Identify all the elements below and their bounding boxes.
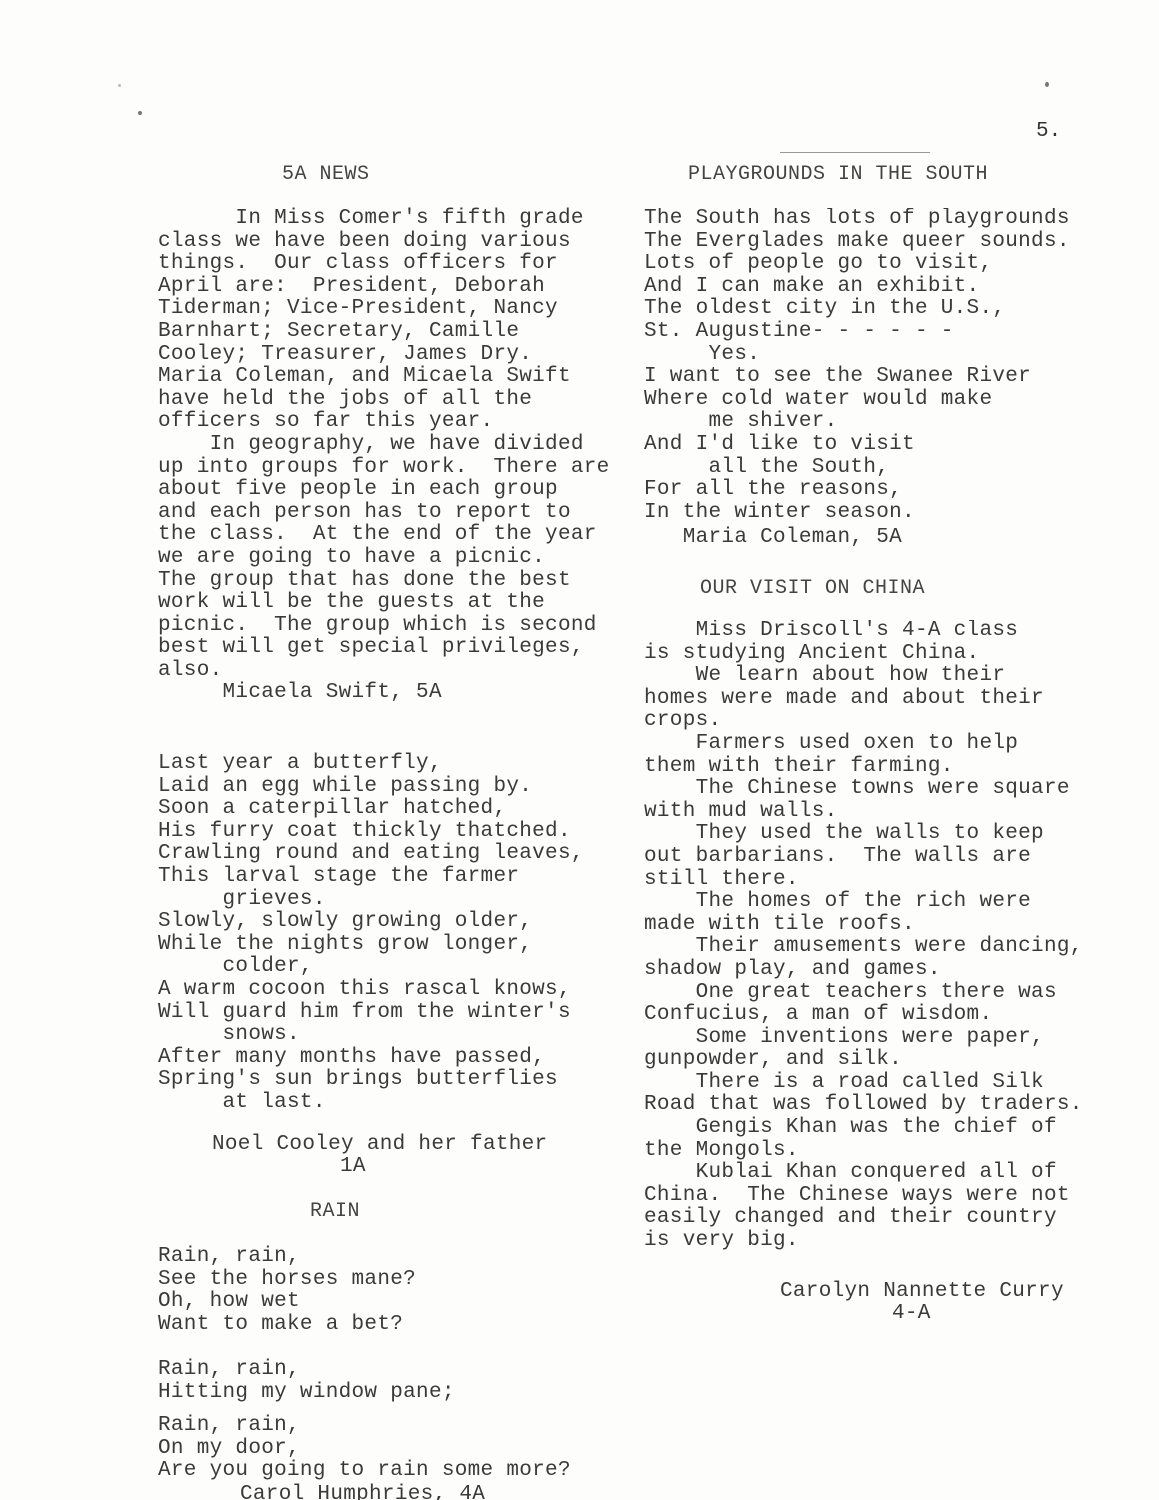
text-line: In Miss Comer's fifth grade	[158, 208, 638, 231]
text-line: best will get special privileges,	[158, 637, 638, 660]
scan-speck	[118, 84, 121, 87]
text-line: all the South,	[644, 457, 1159, 480]
text-line: crops.	[644, 710, 1159, 733]
playgrounds-poem: The South has lots of playgroundsThe Eve…	[644, 208, 1159, 528]
text-line: Last year a butterfly,	[158, 753, 638, 776]
text-line: In the winter season.	[644, 502, 1159, 525]
text-line: still there.	[644, 869, 1159, 892]
text-line: The Everglades make queer sounds.	[644, 231, 1159, 254]
rain-stanza-3: Rain, rain,On my door,Are you going to r…	[158, 1415, 638, 1483]
text-line: And I can make an exhibit.	[644, 276, 1159, 299]
text-line: Kublai Khan conquered all of	[644, 1162, 1159, 1185]
text-line: St. Augustine- - - - - -	[644, 321, 1159, 344]
byline: Micaela Swift, 5A	[158, 682, 638, 705]
text-line: Gengis Khan was the chief of	[644, 1117, 1159, 1140]
text-line: A warm cocoon this rascal knows,	[158, 979, 638, 1002]
text-line: In geography, we have divided	[158, 434, 638, 457]
text-line: Slowly, slowly growing older,	[158, 911, 638, 934]
text-line: Are you going to rain some more?	[158, 1460, 638, 1483]
text-line: The South has lots of playgrounds	[644, 208, 1159, 231]
text-line: Maria Coleman, and Micaela Swift	[158, 366, 638, 389]
butterfly-poem: Last year a butterfly,Laid an egg while …	[158, 753, 638, 1115]
text-line: Barnhart; Secretary, Camille	[158, 321, 638, 344]
text-line: easily changed and their country	[644, 1207, 1159, 1230]
text-line: Yes.	[644, 344, 1159, 367]
text-line: gunpowder, and silk.	[644, 1049, 1159, 1072]
text-line: For all the reasons,	[644, 479, 1159, 502]
text-line: me shiver.	[644, 411, 1159, 434]
rain-title: RAIN	[310, 1200, 360, 1223]
text-line: about five people in each group	[158, 479, 638, 502]
text-line: The homes of the rich were	[644, 891, 1159, 914]
text-line: with mud walls.	[644, 801, 1159, 824]
rain-stanza-2: Rain, rain,Hitting my window pane;	[158, 1359, 638, 1404]
text-line: They used the walls to keep	[644, 823, 1159, 846]
butterfly-author: Noel Cooley and her father	[212, 1134, 547, 1157]
news-article: In Miss Comer's fifth gradeclass we have…	[158, 208, 638, 705]
text-line: class we have been doing various	[158, 231, 638, 254]
text-line: Laid an egg while passing by.	[158, 776, 638, 799]
text-line: have held the jobs of all the	[158, 389, 638, 412]
text-line: grieves.	[158, 889, 638, 912]
page-number: 5.	[1036, 120, 1061, 143]
playgrounds-title: PLAYGROUNDS IN THE SOUTH	[688, 163, 988, 186]
text-line: April are: President, Deborah	[158, 276, 638, 299]
text-line: Some inventions were paper,	[644, 1027, 1159, 1050]
text-line: Hitting my window pane;	[158, 1382, 638, 1405]
text-line: Confucius, a man of wisdom.	[644, 1004, 1159, 1027]
text-line: is studying Ancient China.	[644, 643, 1159, 666]
text-line: is very big.	[644, 1230, 1159, 1253]
china-author-class: 4-A	[892, 1303, 931, 1326]
text-line: Rain, rain,	[158, 1415, 638, 1438]
text-line: them with their farming.	[644, 756, 1159, 779]
text-line: After many months have passed,	[158, 1047, 638, 1070]
text-line: I want to see the Swanee River	[644, 366, 1159, 389]
rain-stanza-1: Rain, rain,See the horses mane?Oh, how w…	[158, 1246, 638, 1336]
scan-speck	[138, 111, 142, 115]
playgrounds-author: Maria Coleman, 5A	[644, 527, 902, 550]
text-line: Tiderman; Vice-President, Nancy	[158, 298, 638, 321]
china-article: Miss Driscoll's 4-A classis studying Anc…	[644, 620, 1159, 1260]
text-line: His furry coat thickly thatched.	[158, 821, 638, 844]
text-line: Spring's sun brings butterflies	[158, 1069, 638, 1092]
text-line: the Mongols.	[644, 1140, 1159, 1163]
text-line: work will be the guests at the	[158, 592, 638, 615]
divider-rule	[780, 152, 930, 153]
newsletter-page: 5. 5A NEWS In Miss Comer's fifth gradecl…	[0, 0, 1159, 1500]
text-line: Lots of people go to visit,	[644, 253, 1159, 276]
text-line: One great teachers there was	[644, 982, 1159, 1005]
text-line: shadow play, and games.	[644, 959, 1159, 982]
scan-speck	[1045, 82, 1049, 87]
text-line: Oh, how wet	[158, 1291, 638, 1314]
text-line: Rain, rain,	[158, 1246, 638, 1269]
text-line: snows.	[158, 1024, 638, 1047]
text-line: also.	[158, 660, 638, 683]
china-title: OUR VISIT ON CHINA	[700, 577, 925, 600]
text-line: There is a road called Silk	[644, 1072, 1159, 1095]
text-line: Rain, rain,	[158, 1359, 638, 1382]
text-line: Will guard him from the winter's	[158, 1002, 638, 1025]
text-line: at last.	[158, 1092, 638, 1115]
text-line: Miss Driscoll's 4-A class	[644, 620, 1159, 643]
text-line: The oldest city in the U.S.,	[644, 298, 1159, 321]
text-line: We learn about how their	[644, 665, 1159, 688]
rain-author: Carol Humphries, 4A	[240, 1484, 485, 1500]
text-line: Crawling round and eating leaves,	[158, 843, 638, 866]
text-line: things. Our class officers for	[158, 253, 638, 276]
text-line: On my door,	[158, 1438, 638, 1461]
text-line: up into groups for work. There are	[158, 457, 638, 480]
text-line: And I'd like to visit	[644, 434, 1159, 457]
news-title: 5A NEWS	[282, 163, 370, 186]
text-line: Road that was followed by traders.	[644, 1094, 1159, 1117]
china-author: Carolyn Nannette Curry	[780, 1281, 1064, 1304]
text-line: homes were made and about their	[644, 688, 1159, 711]
text-line: While the nights grow longer,	[158, 934, 638, 957]
text-line: The group that has done the best	[158, 570, 638, 593]
text-line: and each person has to report to	[158, 502, 638, 525]
text-line: Farmers used oxen to help	[644, 733, 1159, 756]
text-line: Where cold water would make	[644, 389, 1159, 412]
text-line: made with tile roofs.	[644, 914, 1159, 937]
text-line: See the horses mane?	[158, 1269, 638, 1292]
text-line: Cooley; Treasurer, James Dry.	[158, 344, 638, 367]
text-line: The Chinese towns were square	[644, 778, 1159, 801]
text-line: we are going to have a picnic.	[158, 547, 638, 570]
text-line: picnic. The group which is second	[158, 615, 638, 638]
text-line: colder,	[158, 956, 638, 979]
text-line: Their amusements were dancing,	[644, 936, 1159, 959]
text-line: out barbarians. The walls are	[644, 846, 1159, 869]
text-line: Soon a caterpillar hatched,	[158, 798, 638, 821]
text-line: China. The Chinese ways were not	[644, 1185, 1159, 1208]
text-line: This larval stage the farmer	[158, 866, 638, 889]
text-line: officers so far this year.	[158, 411, 638, 434]
butterfly-author-class: 1A	[340, 1156, 366, 1179]
text-line: Want to make a bet?	[158, 1314, 638, 1337]
text-line: the class. At the end of the year	[158, 524, 638, 547]
